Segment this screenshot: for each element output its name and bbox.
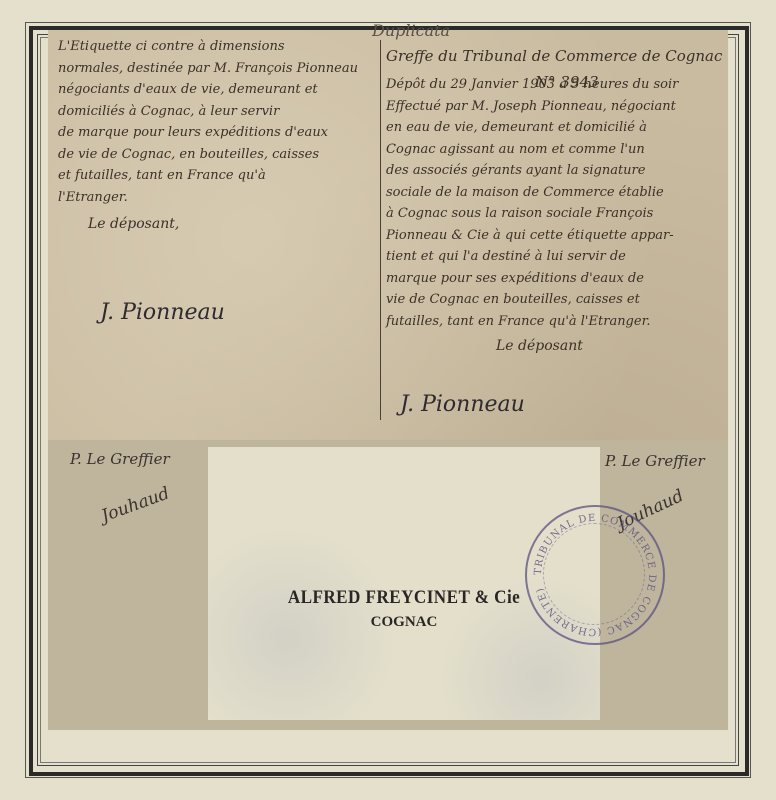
right-line: Pionneau & Cie à qui cette étiquette app… — [386, 225, 678, 247]
right-signature: J. Pionneau — [400, 392, 525, 417]
right-line: sociale de la maison de Commerce établie — [386, 182, 678, 204]
registry-header: Greffe du Tribunal de Commerce de Cognac — [386, 46, 722, 68]
right-line: en eau de vie, demeurant et domicilié à — [386, 117, 678, 139]
right-line: marque pour ses expéditions d'eaux de — [386, 268, 678, 290]
greffier-right-label: P. Le Greffier — [605, 452, 705, 470]
right-line: à Cognac sous la raison sociale François — [386, 203, 678, 225]
left-line: de marque pour leurs expéditions d'eaux — [58, 122, 358, 144]
greffier-left-label: P. Le Greffier — [70, 450, 170, 468]
stamp-text-ring: TRIBUNAL DE COMMERCE DE COGNAC (CHARENTE… — [527, 507, 663, 643]
left-line: et futailles, tant en France qu'à — [58, 165, 358, 187]
tribunal-stamp: TRIBUNAL DE COMMERCE DE COGNAC (CHARENTE… — [525, 505, 665, 645]
left-signature: J. Pionneau — [100, 300, 225, 325]
right-line: Cognac agissant au nom et comme l'un — [386, 139, 678, 161]
left-declaration: L'Etiquette ci contre à dimensions norma… — [58, 36, 358, 236]
left-line: normales, destinée par M. François Pionn… — [58, 58, 358, 80]
right-line: des associés gérants ayant la signature — [386, 160, 678, 182]
left-line: de vie de Cognac, en bouteilles, caisses — [58, 144, 358, 166]
right-line: futailles, tant en France qu'à l'Etrange… — [386, 311, 678, 333]
right-line: vie de Cognac en bouteilles, caisses et — [386, 289, 678, 311]
left-signature-label: Le déposant, — [58, 214, 358, 236]
right-line: Effectué par M. Joseph Pionneau, négocia… — [386, 96, 678, 118]
svg-text:TRIBUNAL DE COMMERCE DE COGNAC: TRIBUNAL DE COMMERCE DE COGNAC (CHARENTE… — [533, 513, 657, 637]
left-line: domiciliés à Cognac, à leur servir — [58, 101, 358, 123]
right-line: tient et qui l'a destiné à lui servir de — [386, 246, 678, 268]
right-line: Dépôt du 29 Janvier 1903 à 5 heures du s… — [386, 74, 678, 96]
duplicata-annotation: Duplicata — [372, 20, 450, 42]
column-divider — [380, 40, 381, 420]
right-declaration: Dépôt du 29 Janvier 1903 à 5 heures du s… — [386, 74, 678, 358]
right-signature-label: Le déposant — [386, 336, 678, 358]
left-line: négociants d'eaux de vie, demeurant et — [58, 79, 358, 101]
left-line: L'Etiquette ci contre à dimensions — [58, 36, 358, 58]
left-line: l'Etranger. — [58, 187, 358, 209]
